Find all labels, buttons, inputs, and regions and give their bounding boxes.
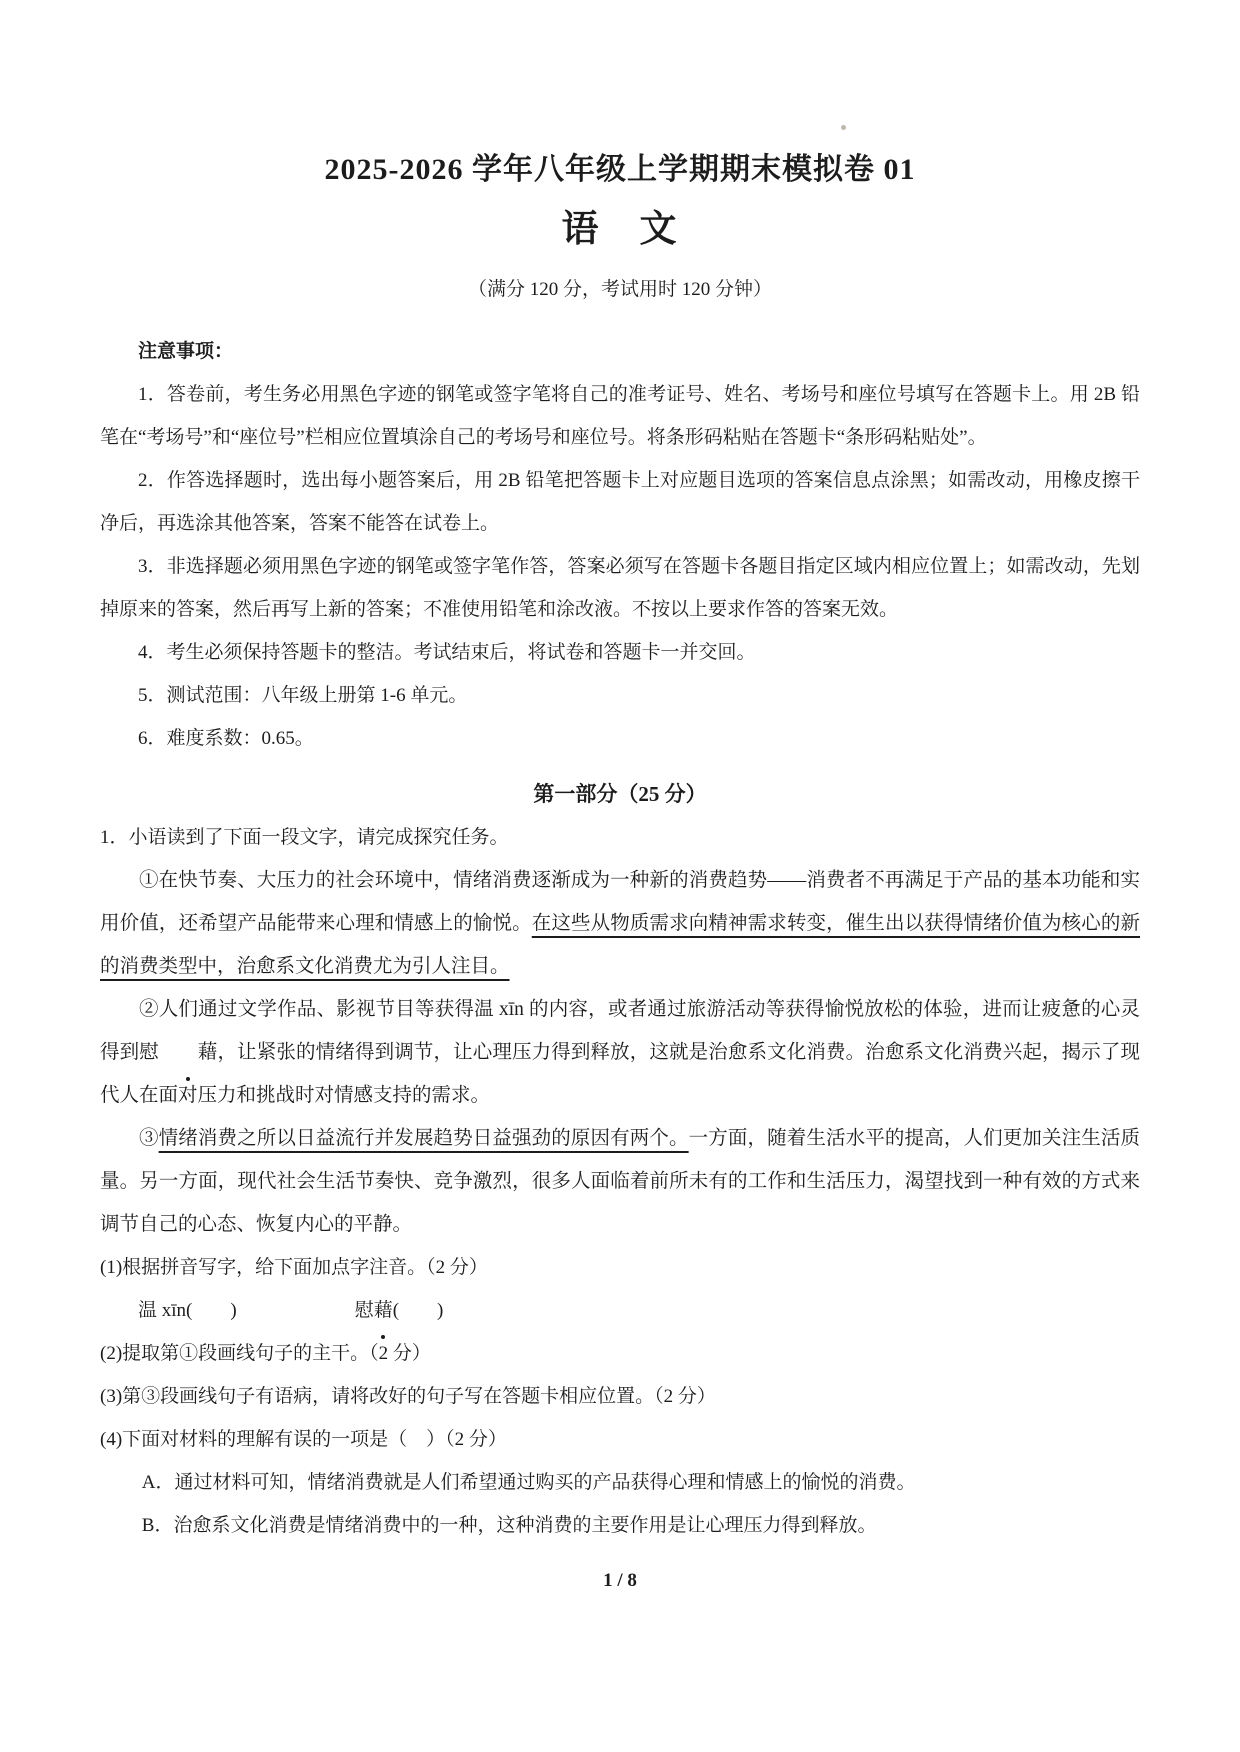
exam-info: （满分 120 分，考试用时 120 分钟） (100, 276, 1140, 304)
pinyin-answer-line: 温 xīn( )慰藉( ) (100, 1289, 1140, 1332)
sub-question-3: (3)第③段画线句子有语病，请将改好的句子写在答题卡相应位置。（2 分） (100, 1375, 1140, 1418)
page-number: 1 / 8 (100, 1559, 1140, 1602)
sub-question-4: (4)下面对材料的理解有误的一项是（ ）（2 分） (100, 1418, 1140, 1461)
exam-paper-page: 2025-2026 学年八年级上学期期末模拟卷 01 语 文 （满分 120 分… (0, 0, 1240, 1752)
notice-item-1: 1．答卷前，考生务必用黑色字迹的钢笔或签字笔将自己的准考证号、姓名、考场号和座位… (100, 373, 1140, 459)
notice-item-6: 6．难度系数：0.65。 (100, 717, 1140, 760)
option-b: B．治愈系文化消费是情绪消费中的一种，这种消费的主要作用是让心理压力得到释放。 (100, 1504, 1140, 1547)
passage-paragraph-2: ②人们通过文学作品、影视节目等获得温 xīn 的内容，或者通过旅游活动等获得愉悦… (100, 988, 1140, 1117)
part1-heading: 第一部分（25 分） (100, 772, 1140, 816)
notice-item-4: 4．考生必须保持答题卡的整洁。考试结束后，将试卷和答题卡一并交回。 (100, 631, 1140, 674)
notice-item-5: 5．测试范围：八年级上册第 1-6 单元。 (100, 674, 1140, 717)
question1-stem: 1．小语读到了下面一段文字，请完成探究任务。 (100, 816, 1140, 859)
blank-wen-xin: 温 xīn( ) (138, 1300, 237, 1321)
notice-item-2: 2．作答选择题时，选出每小题答案后，用 2B 铅笔把答题卡上对应题目选项的答案信… (100, 459, 1140, 545)
option-a: A．通过材料可知，情绪消费就是人们希望通过购买的产品获得心理和情感上的愉悦的消费… (100, 1461, 1140, 1504)
page-title: 2025-2026 学年八年级上学期期末模拟卷 01 (100, 150, 1140, 190)
paragraph3-marker: ③ (139, 1128, 159, 1149)
blank-jie-paren: ( ) (393, 1300, 444, 1321)
sub-question-2: (2)提取第①段画线句子的主干。（2 分） (100, 1332, 1140, 1375)
notice-heading: 注意事项： (100, 330, 1140, 373)
subject-title: 语 文 (100, 206, 1140, 254)
wei-char: 慰 (355, 1300, 374, 1321)
dotted-char-jie-2: 藉 (374, 1289, 393, 1332)
sub-question-1: (1)根据拼音写字，给下面加点字注音。（2 分） (100, 1246, 1140, 1289)
notice-item-3: 3．非选择题必须用黑色字迹的钢笔或签字笔作答，答案必须写在答题卡各题目指定区域内… (100, 545, 1140, 631)
scan-artifact-dot (841, 125, 846, 130)
passage-paragraph-1: ①在快节奏、大压力的社会环境中，情绪消费逐渐成为一种新的消费趋势——消费者不再满… (100, 859, 1140, 988)
dotted-char-jie: 藉 (159, 1031, 218, 1074)
paragraph2-text-after: ，让紧张的情绪得到调节，让心理压力得到释放，这就是治愈系文化消费。治愈系文化消费… (100, 1042, 1140, 1106)
passage-paragraph-3: ③情绪消费之所以日益流行并发展趋势日益强劲的原因有两个。一方面，随着生活水平的提… (100, 1117, 1140, 1246)
paragraph3-underlined-sentence: 情绪消费之所以日益流行并发展趋势日益强劲的原因有两个。 (159, 1128, 689, 1149)
